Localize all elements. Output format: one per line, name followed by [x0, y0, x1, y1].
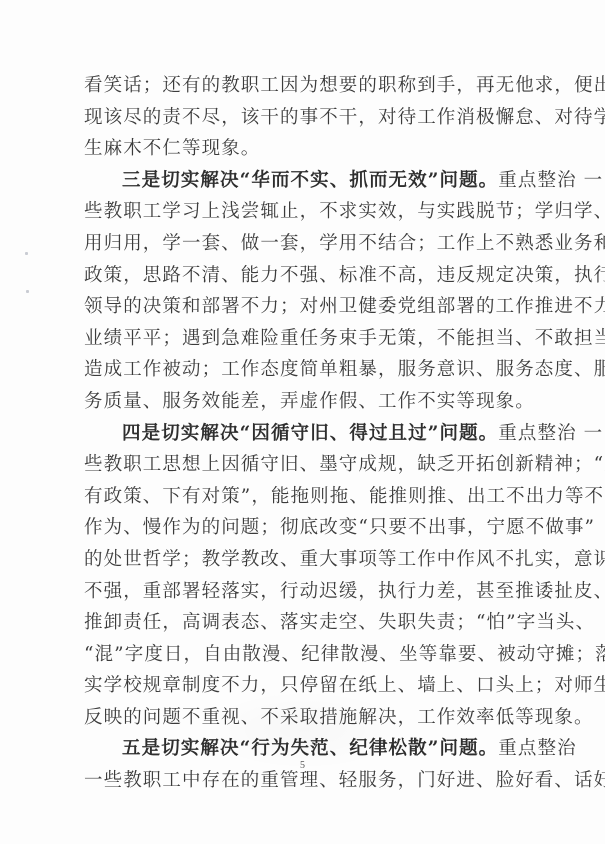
paragraph-lead-heading: 五是切实解决“行为失范、纪律松散”问题。	[122, 738, 498, 759]
text-line: 业绩平平；遇到急难险重任务束手无策，不能担当、不敢担当，	[84, 323, 536, 355]
text-line: 些教职工学习上浅尝辄止，不求实效，与实践脱节；学归学、	[84, 196, 536, 228]
text-line: 政策，思路不清、能力不强、标准不高，违反规定决策，执行	[84, 260, 536, 292]
paragraph-item-4: 四是切实解决“因循守旧、得过且过”问题。重点整治 一 些教职工思想上因循守旧、墨…	[84, 418, 536, 734]
text-line: 些教职工思想上因循守旧、墨守成规，缺乏开拓创新精神；“上	[84, 449, 536, 481]
text-line: 不强，重部署轻落实，行动迟缓，执行力差，甚至推诿扯皮、	[84, 576, 536, 608]
text-line: 现该尽的责不尽，该干的事不干，对待工作消极懈怠、对待学	[84, 102, 536, 134]
scan-speck	[25, 252, 28, 255]
text-line: 四是切实解决“因循守旧、得过且过”问题。重点整治 一	[84, 418, 536, 450]
paragraph-lead-heading: 三是切实解决“华而不实、抓而无效”问题。	[122, 170, 498, 191]
text-line: 造成工作被动；工作态度简单粗暴，服务意识、服务态度、服	[84, 354, 536, 386]
text-line: 的处世哲学；教学教改、重大事项等工作中作风不扎实，意识	[84, 544, 536, 576]
text-line: 实学校规章制度不力，只停留在纸上、墙上、口头上；对师生	[84, 670, 536, 702]
text-line: “混”字度日，自由散漫、纪律散漫、坐等靠要、被动守摊；落	[84, 639, 536, 671]
text-line: 务质量、服务效能差，弄虚作假、工作不实等现象。	[84, 386, 536, 418]
paragraph-item-3: 三是切实解决“华而不实、抓而无效”问题。重点整治 一 些教职工学习上浅尝辄止，不…	[84, 165, 536, 418]
text-fragment: 重点整治 一	[498, 170, 603, 191]
text-line: 看笑话；还有的教职工因为想要的职称到手，再无他求，便出	[84, 70, 536, 102]
paragraph-continuation: 看笑话；还有的教职工因为想要的职称到手，再无他求，便出 现该尽的责不尽，该干的事…	[84, 70, 536, 165]
text-line: 生麻木不仁等现象。	[84, 133, 536, 165]
document-page: 看笑话；还有的教职工因为想要的职称到手，再无他求，便出 现该尽的责不尽，该干的事…	[0, 0, 605, 844]
text-fragment: 重点整治 一	[498, 423, 603, 444]
text-line: 有政策、下有对策”，能拖则拖、能推则推、出工不出力等不	[84, 481, 536, 513]
text-line: 三是切实解决“华而不实、抓而无效”问题。重点整治 一	[84, 165, 536, 197]
page-number: 5	[0, 760, 605, 771]
text-line: 领导的决策和部署不力；对州卫健委党组部署的工作推进不力，	[84, 291, 536, 323]
text-line: 作为、慢作为的问题；彻底改变“只要不出事，宁愿不做事”	[84, 512, 536, 544]
text-fragment: 重点整治	[498, 738, 576, 759]
body-text: 看笑话；还有的教职工因为想要的职称到手，再无他求，便出 现该尽的责不尽，该干的事…	[84, 70, 536, 797]
text-line: 用归用，学一套、做一套，学用不结合；工作上不熟悉业务和	[84, 228, 536, 260]
scan-speck	[26, 290, 29, 293]
paragraph-lead-heading: 四是切实解决“因循守旧、得过且过”问题。	[122, 423, 498, 444]
text-line: 反映的问题不重视、不采取措施解决，工作效率低等现象。	[84, 702, 536, 734]
text-line: 推卸责任，高调表态、落实走空、失职失责；“怕”字当头、	[84, 607, 536, 639]
